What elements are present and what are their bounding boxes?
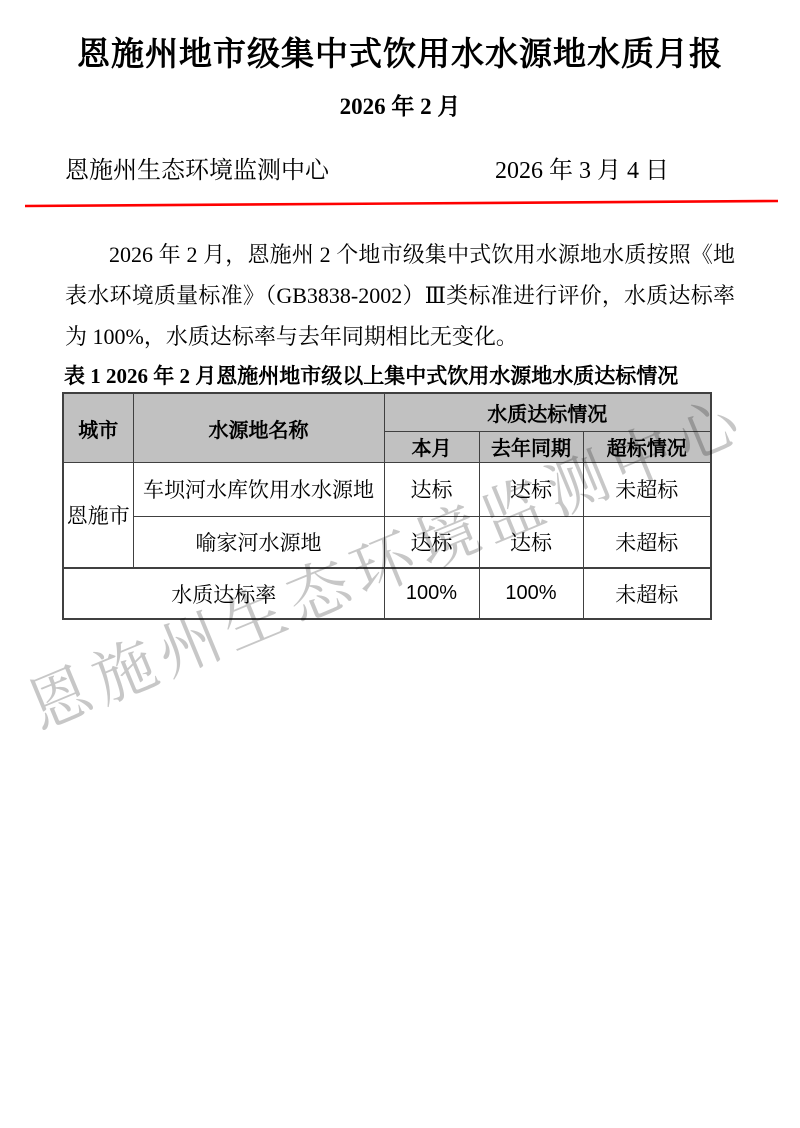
cell-exceedance: 未超标 — [583, 462, 711, 516]
cell-summary-current-month: 100% — [384, 568, 479, 619]
header-cell-city: 城市 — [63, 393, 133, 462]
issuing-organization: 恩施州生态环境监测中心 — [65, 157, 329, 186]
cell-current-month: 达标 — [384, 516, 479, 568]
cell-source-name: 喻家河水源地 — [133, 516, 384, 568]
table-summary-row: 水质达标率 100% 100% 未超标 — [63, 568, 711, 619]
cell-summary-label: 水质达标率 — [63, 568, 384, 619]
header-cell-last-year: 去年同期 — [479, 431, 583, 462]
red-divider-line — [24, 196, 780, 208]
cell-last-year: 达标 — [479, 462, 583, 516]
table-header-row-1: 城市 水源地名称 水质达标情况 — [63, 393, 711, 431]
table-row: 喻家河水源地 达标 达标 未超标 — [63, 516, 711, 568]
report-month: 2026 年 2 月 — [0, 88, 800, 121]
cell-summary-exceedance: 未超标 — [583, 568, 711, 619]
cell-last-year: 达标 — [479, 516, 583, 568]
cell-source-name: 车坝河水库饮用水水源地 — [133, 462, 384, 516]
summary-paragraph: 2026 年 2 月，恩施州 2 个地市级集中式饮用水源地水质按照《地表水环境质… — [65, 234, 735, 357]
cell-summary-last-year: 100% — [479, 568, 583, 619]
cell-exceedance: 未超标 — [583, 516, 711, 568]
cell-current-month: 达标 — [384, 462, 479, 516]
table-caption: 表 1 2026 年 2 月恩施州地市级以上集中式饮用水源地水质达标情况 — [64, 362, 800, 390]
header-cell-current-month: 本月 — [384, 431, 479, 462]
header-cell-source-name: 水源地名称 — [133, 393, 384, 462]
header-cell-compliance-group: 水质达标情况 — [384, 393, 711, 431]
report-page: 恩施州地市级集中式饮用水水源地水质月报 2026 年 2 月 恩施州生态环境监测… — [0, 0, 800, 1128]
byline-row: 恩施州生态环境监测中心 2026 年 3 月 4 日 — [65, 157, 735, 186]
table-row: 恩施市 车坝河水库饮用水水源地 达标 达标 未超标 — [63, 462, 711, 516]
issue-date: 2026 年 3 月 4 日 — [495, 157, 669, 186]
header-cell-exceedance: 超标情况 — [583, 431, 711, 462]
report-title: 恩施州地市级集中式饮用水水源地水质月报 — [30, 36, 770, 76]
cell-city: 恩施市 — [63, 462, 133, 568]
water-quality-table: 城市 水源地名称 水质达标情况 本月 去年同期 超标情况 恩施市 车坝河水库饮用… — [62, 392, 712, 620]
